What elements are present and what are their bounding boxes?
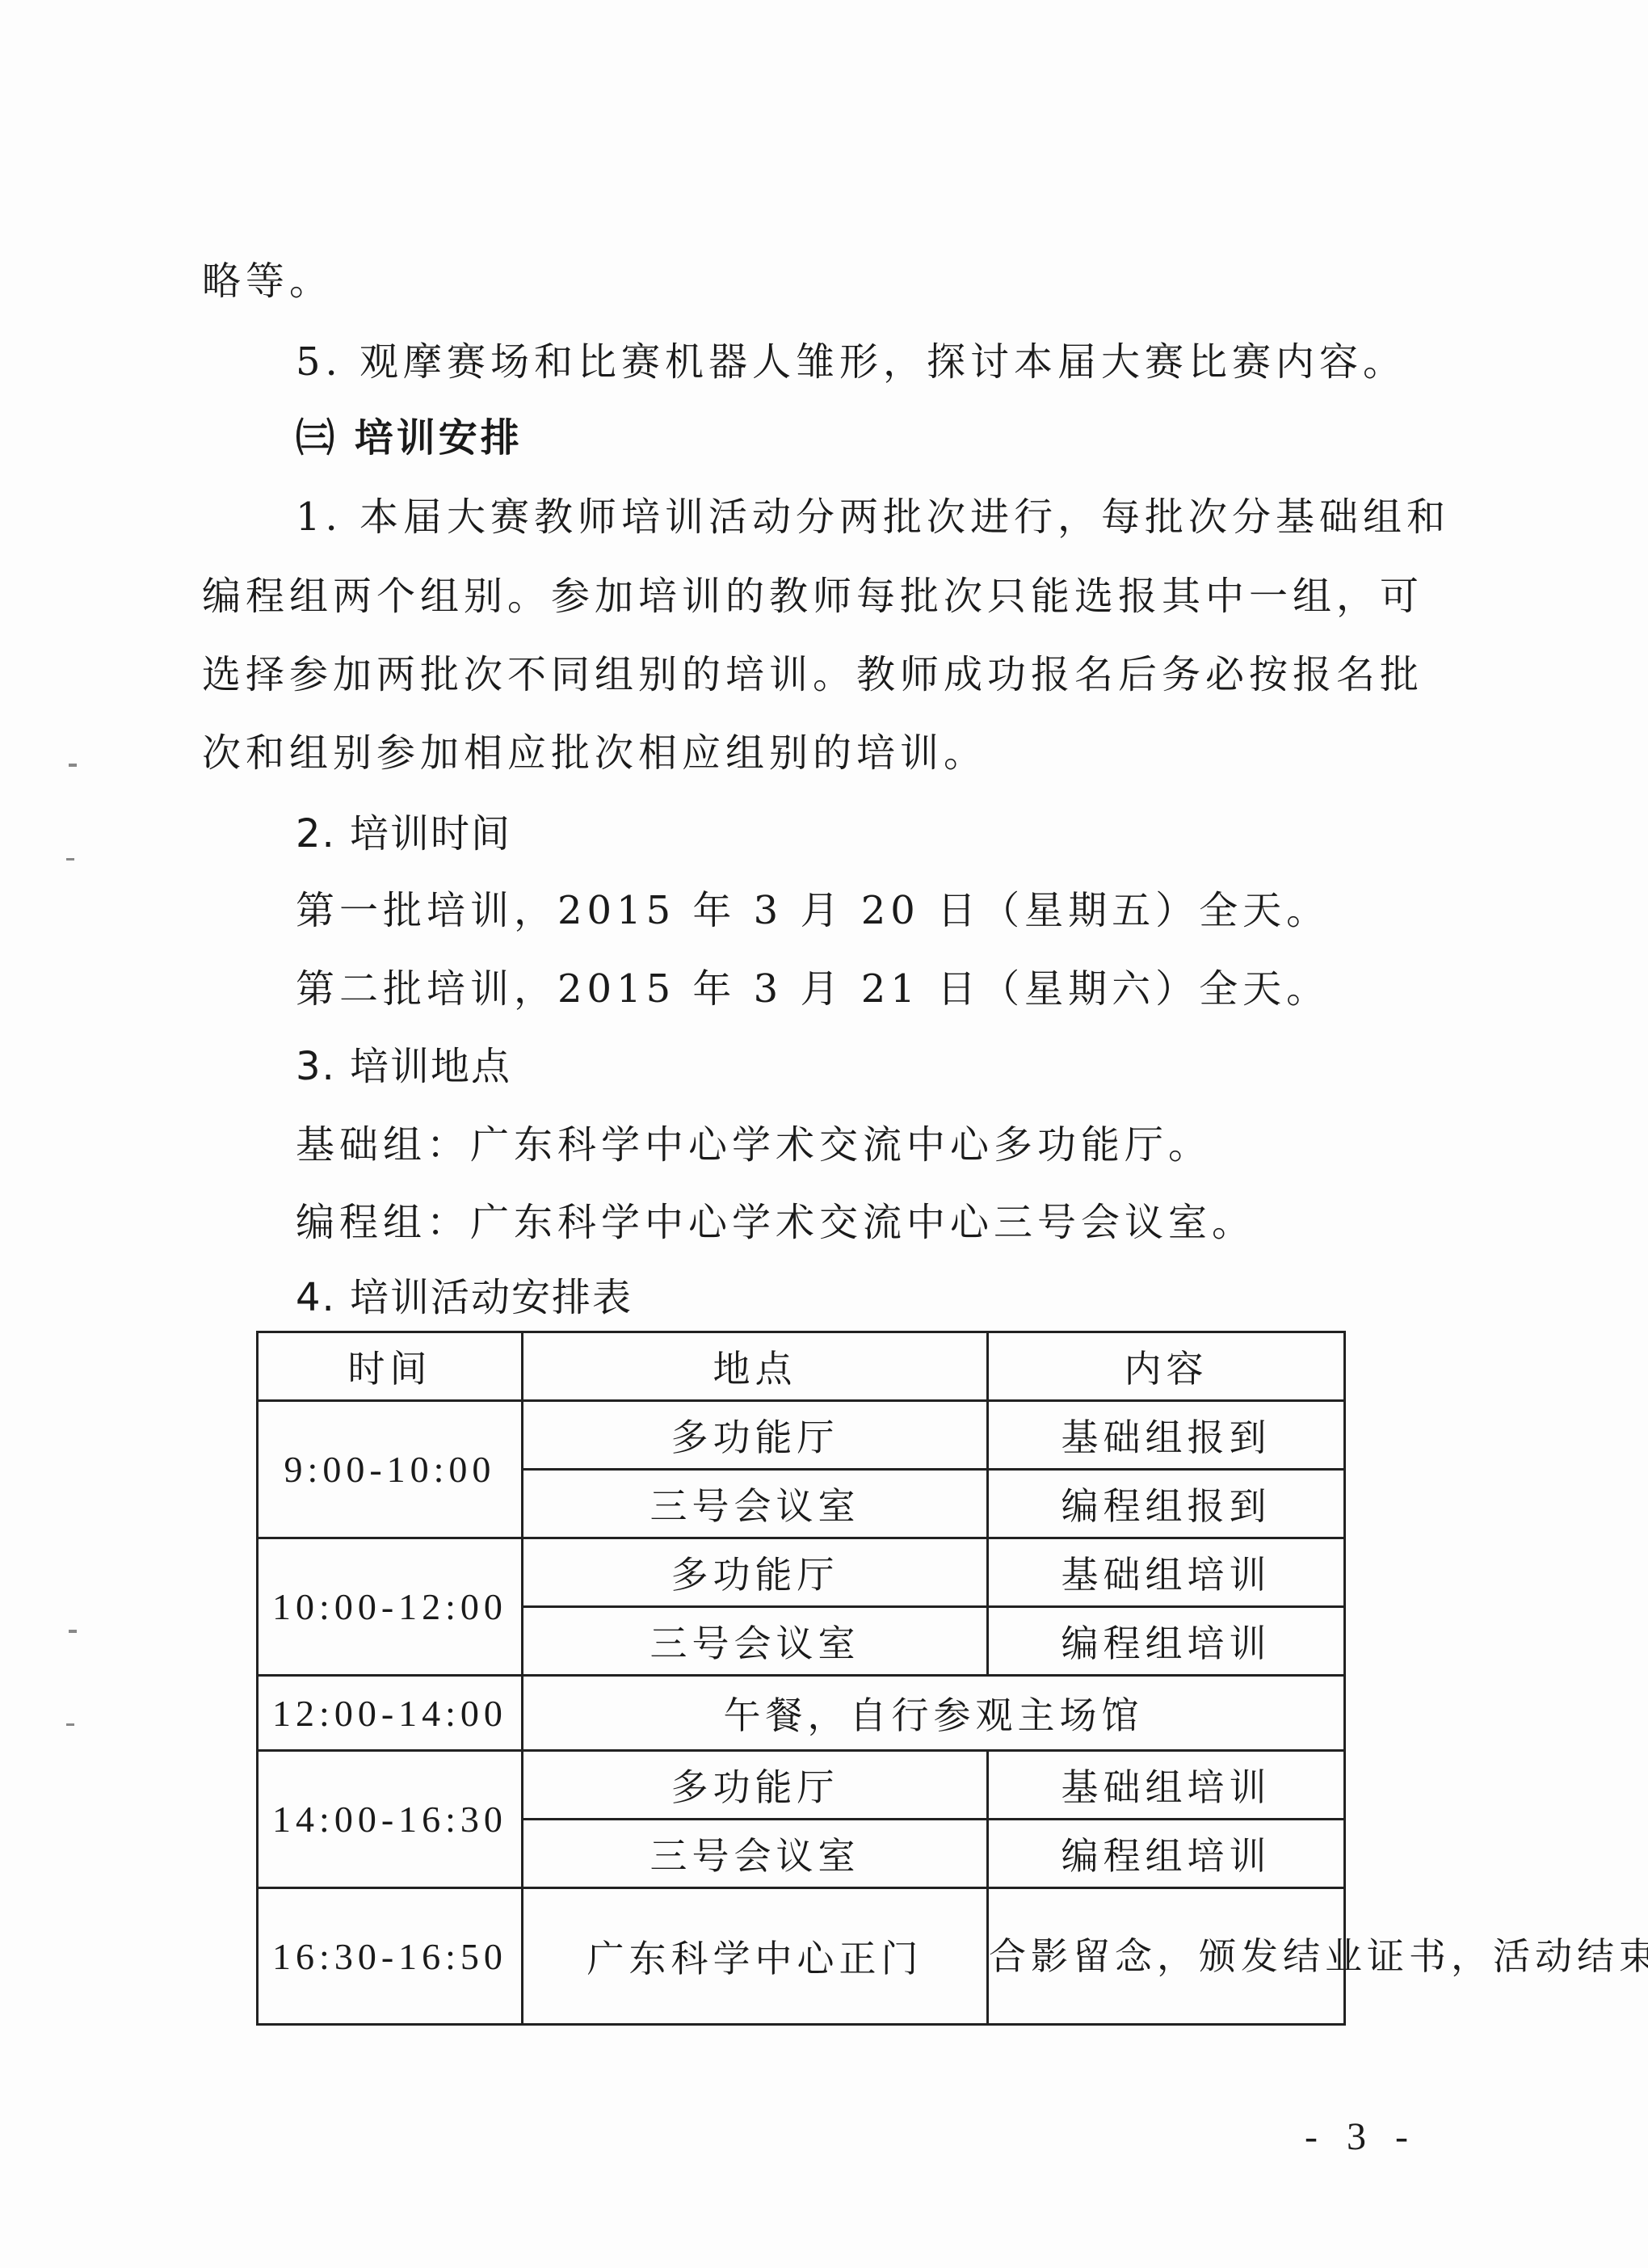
cell-time: 10:00-12:00 [258, 1538, 523, 1676]
training-time-batch-1: 第一批培训，2015 年 3 月 20 日（星期五）全天。 [296, 886, 1330, 935]
scan-mark [69, 764, 77, 767]
paragraph-1-line-3: 选择参加两批次不同组别的培训。教师成功报名后务必按报名批 [202, 650, 1423, 699]
subheading-training-time: 2. 培训时间 [296, 810, 511, 858]
training-time-batch-2: 第二批培训，2015 年 3 月 21 日（星期六）全天。 [296, 965, 1330, 1013]
table-row: 10:00-12:00 多功能厅 基础组培训 [258, 1538, 1345, 1607]
schedule-table: 时间 地点 内容 9:00-10:00 多功能厅 基础组报到 三号会议室 编程组… [256, 1331, 1346, 2026]
cell-content: 合影留念，颁发结业证书，活动结束 [988, 1888, 1345, 2025]
table-row: 16:30-16:50 广东科学中心正门 合影留念，颁发结业证书，活动结束 [258, 1888, 1345, 2025]
cell-time: 9:00-10:00 [258, 1401, 523, 1538]
table-row: 14:00-16:30 多功能厅 基础组培训 [258, 1751, 1345, 1820]
cell-place: 广东科学中心正门 [523, 1888, 988, 2025]
cell-place: 多功能厅 [523, 1538, 988, 1607]
cell-time: 12:00-14:00 [258, 1676, 523, 1751]
scan-mark [66, 858, 74, 860]
page-number: - 3 - [1305, 2113, 1418, 2161]
paragraph-continuation: 略等。 [202, 257, 333, 305]
cell-content: 基础组培训 [988, 1538, 1345, 1607]
cell-content: 编程组培训 [988, 1607, 1345, 1676]
cell-time: 16:30-16:50 [258, 1888, 523, 2025]
scan-mark [66, 1723, 74, 1726]
paragraph-1-line-1: 1. 本届大赛教师培训活动分两批次进行，每批次分基础组和 [296, 493, 1450, 541]
cell-place: 三号会议室 [523, 1470, 988, 1538]
subheading-training-location: 3. 培训地点 [296, 1042, 511, 1091]
cell-merged-lunch: 午餐，自行参观主场馆 [523, 1676, 1345, 1751]
cell-content: 编程组报到 [988, 1470, 1345, 1538]
paragraph-1-line-2: 编程组两个组别。参加培训的教师每批次只能选报其中一组，可 [202, 572, 1423, 621]
cell-place: 多功能厅 [523, 1751, 988, 1820]
table-row: 9:00-10:00 多功能厅 基础组报到 [258, 1401, 1345, 1470]
location-programming-group: 编程组：广东科学中心学术交流中心三号会议室。 [296, 1198, 1255, 1247]
location-basic-group: 基础组：广东科学中心学术交流中心多功能厅。 [296, 1121, 1212, 1169]
subheading-schedule-table: 4. 培训活动安排表 [296, 1273, 633, 1322]
cell-place: 三号会议室 [523, 1607, 988, 1676]
list-item-5: 5. 观摩赛场和比赛机器人雏形，探讨本届大赛比赛内容。 [296, 338, 1406, 386]
column-header-place: 地点 [523, 1332, 988, 1401]
cell-place: 三号会议室 [523, 1820, 988, 1888]
paragraph-1-line-4: 次和组别参加相应批次相应组别的培训。 [202, 729, 987, 777]
scan-mark [69, 1630, 77, 1633]
table-header-row: 时间 地点 内容 [258, 1332, 1345, 1401]
cell-content: 编程组培训 [988, 1820, 1345, 1888]
cell-place: 多功能厅 [523, 1401, 988, 1470]
column-header-time: 时间 [258, 1332, 523, 1401]
cell-content: 基础组培训 [988, 1751, 1345, 1820]
table-row: 12:00-14:00 午餐，自行参观主场馆 [258, 1676, 1345, 1751]
column-header-content: 内容 [988, 1332, 1345, 1401]
cell-time: 14:00-16:30 [258, 1751, 523, 1888]
cell-content: 基础组报到 [988, 1401, 1345, 1470]
section-heading: ㈢ 培训安排 [296, 414, 523, 462]
